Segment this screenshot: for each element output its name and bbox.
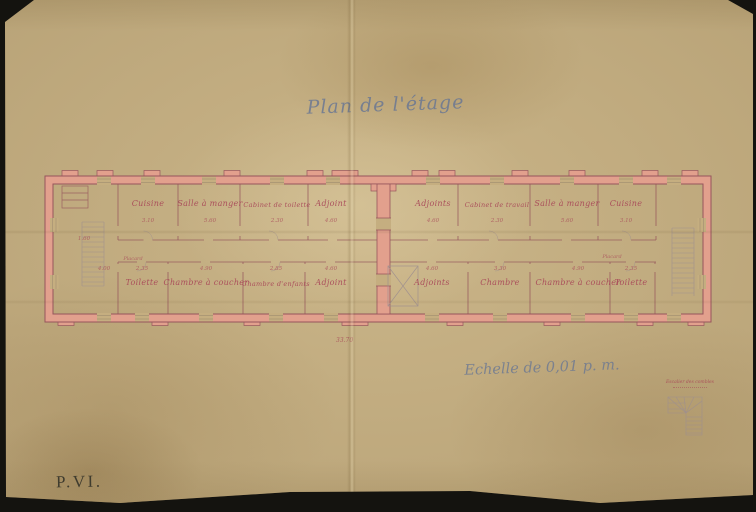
room-dimension: 4.60 [325, 266, 337, 272]
overall-dimension: 33.70 [336, 337, 353, 344]
room-dimension: 4.90 [200, 266, 212, 272]
room-label: Adjoints [414, 278, 450, 287]
room-dimension: 3.30 [494, 266, 506, 272]
room-dimension: 2.30 [491, 218, 503, 224]
room-label: Adjoint [315, 199, 346, 208]
room-label: Chambre à coucher [536, 278, 621, 287]
stair-detail-drawing [662, 391, 718, 437]
room-dimension: 2.35 [625, 266, 637, 272]
room-dimension: 5.60 [204, 218, 216, 224]
room-dimension: 3.10 [142, 218, 154, 224]
room-dimension: 5.60 [561, 218, 573, 224]
room-dimension: 2.35 [136, 266, 148, 272]
floor-plan: Cuisine Salle à manger Cabinet de toilet… [44, 170, 714, 326]
floor-plan-drawing [44, 170, 714, 326]
room-label: Salle à manger [177, 199, 242, 208]
closet-label: Placard [602, 254, 621, 260]
room-label: Toilette [615, 278, 648, 287]
plate-number-stamp: P.VI. [56, 472, 103, 493]
closet-label: Placard [123, 256, 142, 262]
paper-sheet: Plan de l'étage [0, 0, 756, 512]
scale-note: Echelle de 0,01 p. m. [452, 357, 632, 379]
room-dimension: 3.10 [620, 218, 632, 224]
room-dimension: 4.60 [426, 266, 438, 272]
room-dimension: 4.90 [572, 266, 584, 272]
room-label: Cabinet de travail [465, 201, 530, 209]
stair-left [82, 222, 104, 286]
room-label: Adjoints [415, 199, 451, 208]
stair-detail-caption: Escalier des combles [654, 380, 726, 385]
photographed-drawing: Plan de l'étage [0, 0, 756, 512]
room-dimension: 2.30 [271, 218, 283, 224]
room-label: Chambre [480, 278, 519, 287]
room-dimension: 4.60 [325, 218, 337, 224]
drawing-title: Plan de l'étage [288, 91, 484, 120]
room-label: Cuisine [610, 199, 642, 208]
room-label: Toilette [126, 278, 159, 287]
stair-detail: Escalier des combles [654, 380, 726, 437]
room-dimension: 2.85 [270, 266, 282, 272]
room-label: Cabinet de toilette [243, 201, 310, 209]
stair-dimension: 4.00 [98, 266, 110, 272]
room-label: Cuisine [132, 199, 164, 208]
central-wall [371, 184, 396, 314]
room-dimension: 4.60 [427, 218, 439, 224]
stair-dimension: 1.60 [78, 236, 90, 242]
stair-detail-subcaption [673, 386, 707, 388]
room-label: Salle à manger [534, 199, 599, 208]
room-label: Chambre d'enfants [242, 280, 310, 288]
room-label: Chambre à coucher [164, 278, 249, 287]
closet-top-left [62, 186, 88, 208]
room-label: Adjoint [315, 278, 346, 287]
stair-right [672, 228, 694, 296]
